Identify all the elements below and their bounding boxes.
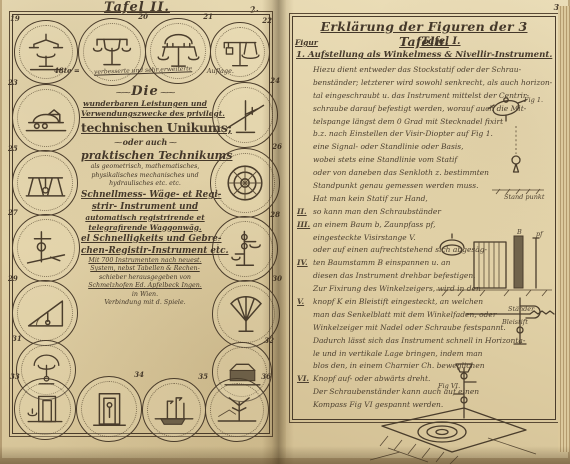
title-technikums: praktischen Technikums [81,148,209,163]
handwriting-text: Hat man kein Statif zur Hand, [313,194,428,203]
figure-number: 36 [261,372,271,381]
stump-label: B [517,228,522,236]
flourish-left: ⁓⁓ [116,88,132,97]
title-line: el Schnelligkeits und Gebre- [81,233,209,245]
post-label: pf [536,230,543,238]
weighbridge-scene-icon [222,352,263,393]
fig6-caption: Fig VI. [438,382,460,390]
title-line: wunderbaren Leistungen und [81,99,209,109]
medallion-fig-29: 29 [12,280,78,346]
figure-number: 24 [270,76,280,85]
title-line: schieber herausgegeben von [81,274,209,283]
paragraph-numeral: V. [297,297,304,306]
fig1-caption: Fig 1. [524,96,543,104]
pendulum-level-icon [26,350,67,391]
title-line: hydraulisches etc. etc. [81,180,209,189]
figure-number: 25 [8,144,18,153]
survey-post-icon [23,225,69,271]
figure-number: 20 [138,12,148,21]
fig1-instrument-sketch [486,86,554,204]
title-unikums: technischen Unikums; [81,119,209,136]
standpunkt-label: Stand punkt [504,193,544,201]
dial-instrument-icon [221,159,269,207]
handwriting-line: Hiezu dient entweder das Stockstatif ode… [313,65,551,78]
title-line: in Wien. [81,291,209,300]
figure-number: 31 [12,334,22,343]
left-page-header: Tafel II. [72,0,202,15]
medallion-fig-27: 27 [12,214,80,282]
handwriting-text: ten Baumstamm B einspannen u. an [313,258,450,267]
figur-label: Figur [295,38,318,47]
book-photo: Tafel II. 2. 19 20 21 [0,0,570,464]
title-line: Verwendungszwecke des privilegt. [81,109,209,119]
edition-word: Auflage. [207,67,234,75]
landscape-scene-icon [215,388,259,432]
figure-number: 34 [134,370,144,379]
publisher-line: Schmelzhofen Ed. Apfelbeck Ingen. [81,282,209,291]
title-line: physikalisches mechanisches und [81,172,209,181]
paragraph-numeral: VI. [297,374,309,383]
paragraph-numeral: III. [297,220,310,229]
figure-number: 28 [270,210,280,219]
title-line: als geometrisch, mathematisches, [81,163,209,172]
mounting-options-sketch [434,228,554,306]
right-page: 3. Erklärung der Figuren der 3 Tafeln. F… [286,0,568,458]
figure-number: 33 [10,372,20,381]
paragraph-numeral: IV. [297,258,308,267]
medallion-fig-23: 23 [12,84,80,152]
title-line: System, nebst Tabellen & Rechen- [81,265,209,274]
title-line: chen-Registir-Instrument etc. [81,245,209,257]
figure-number: 32 [264,336,274,345]
figure-number: 29 [8,274,18,283]
bleistift-label: Bleistift [502,318,528,326]
figure-number: 27 [8,208,18,217]
handwriting-text: wobei stets eine Standlinie vom Statif [313,155,457,164]
staender-label: Ständer, [508,305,536,313]
flourish-left: ⁓ [114,138,123,147]
figure-number: 19 [10,14,20,23]
figure-number: 30 [272,274,282,283]
title-line: strir- Instrument und [81,201,209,213]
page-stack-edge [558,6,570,452]
paragraph-numeral: II. [297,207,307,216]
handwriting-line: II.so kann man den Schraubständer [313,207,551,220]
figure-number: 23 [8,78,18,87]
slope-level-icon [23,291,68,336]
flourish-right: ⁓ [167,138,176,147]
handwriting-text: telspange längst dem 0 Grad mit Stecknad… [313,117,503,126]
medallion-fig-34: 34 [76,376,142,442]
weighbridge-icon [23,95,69,141]
edition-arc-text: verbesserte und sehr erweiterte [94,65,192,75]
compass-board-sketch [368,352,540,464]
column-instrument-icon [223,227,268,272]
title-line: Verbindung mit d. Spiele. [81,299,209,308]
figure-number: 21 [203,12,213,21]
handwriting-text: so kann man den Schraubständer [313,207,441,216]
title-oder-auch: ⁓ oder auch ⁓ [81,136,209,148]
medallion-fig-35: 35 [142,378,206,442]
handwriting-text: eingesteckte Visirstange V. [313,233,416,242]
tafel-subheading: Tafel I. [396,36,486,47]
harbor-scene-icon [152,388,196,432]
title-block: ⁓⁓ Die ⁓⁓ wunderbaren Leistungen und Ver… [81,84,209,308]
trestle-level-icon [23,161,68,206]
title-line: telegrafirende Waggonwäg. [81,223,209,233]
title-line: Schnellmess- Wäge- et Regi- [81,189,209,201]
handwriting-text: eine Signal- oder Standlinie oder Basis, [313,142,463,151]
handwriting-text: oder von daneben das Senkloth z. bestimm… [313,168,489,177]
left-page: Tafel II. 2. 19 20 21 [2,0,286,458]
medallion-fig-33: 33 [14,378,76,440]
edition-number: 48te = [54,66,80,75]
title-line: Mit 700 Instrumenten nach neuest. [81,257,209,266]
medallion-fig-25: 25 [12,150,78,216]
figure-number: 26 [272,142,282,151]
figure-number: 22 [262,16,272,25]
title-line: automatisch registrirende et [81,213,209,223]
medallion-fig-20: 20 [78,18,146,86]
fan-instrument-icon [223,291,269,337]
handwriting-text: an einem Baum b, Zaunpfass pf, [313,220,435,229]
title-die: ⁓⁓ Die ⁓⁓ [81,84,209,99]
door-frame-icon [87,387,132,432]
edition-band: 48te = verbesserte und sehr erweiterte A… [54,66,234,75]
flourish-right: ⁓⁓ [159,88,175,97]
handwriting-text: b.z. nach Einstellen der Visir-Diopter a… [313,129,493,138]
handwriting-text: Standpunkt genau gemessen werden muss. [313,181,478,190]
figure-number: 35 [198,372,208,381]
item-title: 1. Aufstellung als Winkelmess & Nivellir… [296,50,552,60]
gate-frame-icon [24,388,66,430]
handwriting-text: Hiezu dient entweder das Stockstatif ode… [313,65,521,74]
